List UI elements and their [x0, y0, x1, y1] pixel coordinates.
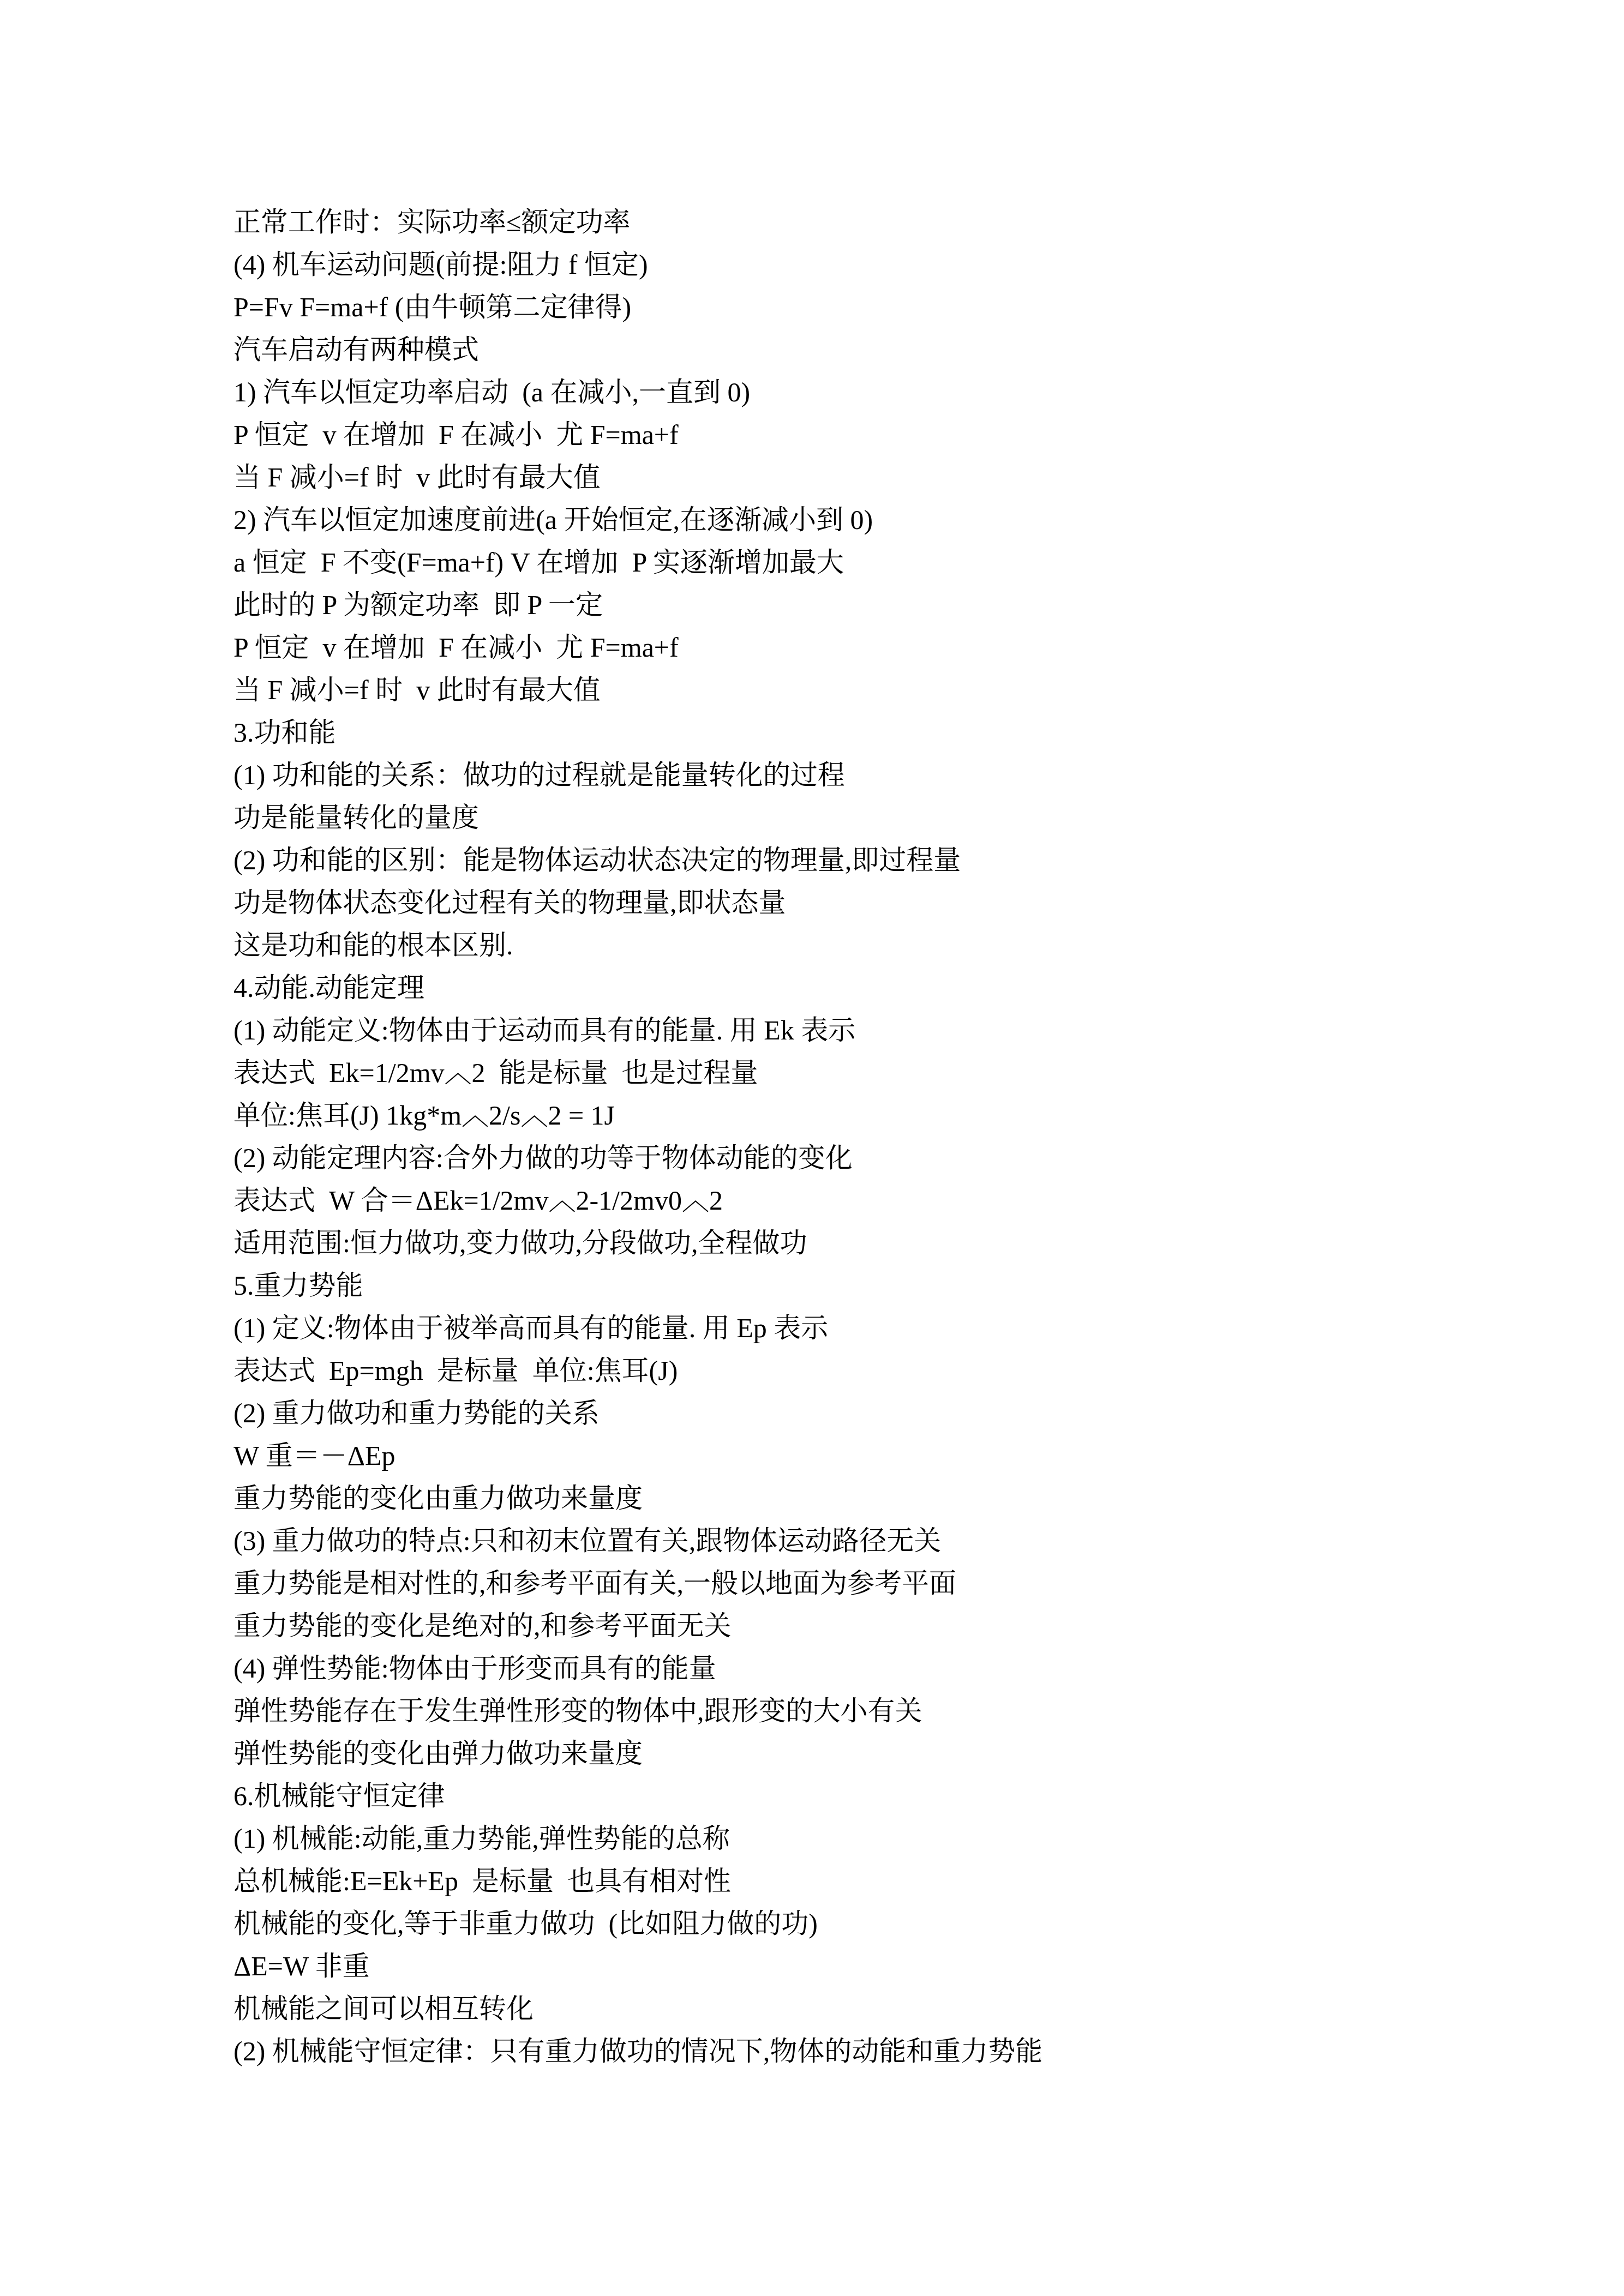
formula-line: 单位:焦耳(J) 1kg*m︿2/s︿2 = 1J [233, 1094, 1488, 1137]
text-line: 适用范围:恒力做功,变力做功,分段做功,全程做功 [233, 1222, 1488, 1264]
formula-line: 表达式 Ek=1/2mv︿2 能是标量 也是过程量 [233, 1051, 1488, 1094]
text-line: (1) 动能定义:物体由于运动而具有的能量. 用 Ek 表示 [233, 1009, 1488, 1051]
text-line: 重力势能是相对性的,和参考平面有关,一般以地面为参考平面 [233, 1562, 1488, 1604]
text-line: 机械能的变化,等于非重力做功 (比如阻力做的功) [233, 1902, 1488, 1945]
text-line: 这是功和能的根本区别. [233, 924, 1488, 966]
text-line: (2) 动能定理内容:合外力做的功等于物体动能的变化 [233, 1137, 1488, 1179]
text-line: 此时的 P 为额定功率 即 P 一定 [233, 584, 1488, 626]
formula-line: W 重＝－ΔEp [233, 1434, 1488, 1477]
text-line: 正常工作时：实际功率≤额定功率 [233, 201, 1488, 243]
formula-line: 表达式 W 合＝ΔEk=1/2mv︿2-1/2mv0︿2 [233, 1179, 1488, 1222]
text-line: a 恒定 F 不变(F=ma+f) V 在增加 P 实逐渐增加最大 [233, 541, 1488, 584]
formula-line: 总机械能:E=Ek+Ep 是标量 也具有相对性 [233, 1860, 1488, 1902]
document-page: 正常工作时：实际功率≤额定功率 (4) 机车运动问题(前提:阻力 f 恒定) P… [233, 201, 1488, 2072]
text-line: 功是能量转化的量度 [233, 796, 1488, 839]
text-line: (1) 机械能:动能,重力势能,弹性势能的总称 [233, 1817, 1488, 1860]
text-line: (1) 功和能的关系：做功的过程就是能量转化的过程 [233, 754, 1488, 796]
text-line: 弹性势能存在于发生弹性形变的物体中,跟形变的大小有关 [233, 1690, 1488, 1732]
text-line: 当 F 减小=f 时 v 此时有最大值 [233, 456, 1488, 498]
text-line: 当 F 减小=f 时 v 此时有最大值 [233, 669, 1488, 711]
text-line: 汽车启动有两种模式 [233, 328, 1488, 371]
section-heading-locomotive: (4) 机车运动问题(前提:阻力 f 恒定) [233, 243, 1488, 286]
text-line: 2) 汽车以恒定加速度前进(a 开始恒定,在逐渐减小到 0) [233, 498, 1488, 541]
text-line: P 恒定 v 在增加 F 在减小 尤 F=ma+f [233, 413, 1488, 456]
text-line: (3) 重力做功的特点:只和初末位置有关,跟物体运动路径无关 [233, 1519, 1488, 1562]
text-line: (2) 机械能守恒定律：只有重力做功的情况下,物体的动能和重力势能 [233, 2030, 1488, 2072]
section-heading-gravitational-potential: 5.重力势能 [233, 1264, 1488, 1307]
text-line: P=Fv F=ma+f (由牛顿第二定律得) [233, 286, 1488, 328]
section-heading-work-energy: 3.功和能 [233, 711, 1488, 754]
formula-line: ΔE=W 非重 [233, 1945, 1488, 1987]
text-line: 机械能之间可以相互转化 [233, 1987, 1488, 2030]
text-line: 重力势能的变化由重力做功来量度 [233, 1477, 1488, 1519]
text-line: P 恒定 v 在增加 F 在减小 尤 F=ma+f [233, 626, 1488, 669]
text-line: 功是物体状态变化过程有关的物理量,即状态量 [233, 881, 1488, 924]
text-line: (1) 定义:物体由于被举高而具有的能量. 用 Ep 表示 [233, 1307, 1488, 1349]
section-heading-kinetic-energy: 4.动能.动能定理 [233, 966, 1488, 1009]
formula-line: 表达式 Ep=mgh 是标量 单位:焦耳(J) [233, 1349, 1488, 1392]
text-line: (2) 功和能的区别：能是物体运动状态决定的物理量,即过程量 [233, 839, 1488, 881]
text-line: 弹性势能的变化由弹力做功来量度 [233, 1732, 1488, 1775]
text-line: 1) 汽车以恒定功率启动 (a 在减小,一直到 0) [233, 371, 1488, 413]
text-line: (4) 弹性势能:物体由于形变而具有的能量 [233, 1647, 1488, 1690]
text-line: (2) 重力做功和重力势能的关系 [233, 1392, 1488, 1434]
text-line: 重力势能的变化是绝对的,和参考平面无关 [233, 1604, 1488, 1647]
section-heading-mechanical-energy: 6.机械能守恒定律 [233, 1775, 1488, 1817]
